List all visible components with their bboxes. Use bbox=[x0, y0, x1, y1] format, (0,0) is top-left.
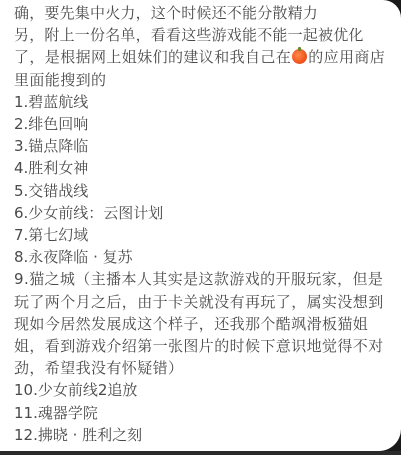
list-item: 7.第七幻域 bbox=[14, 224, 391, 246]
list-item: 5.交错战线 bbox=[14, 180, 391, 202]
intro-line-2: 另，附上一份名单，看看这些游戏能不能一起被优化 bbox=[14, 24, 391, 46]
intro-text-before-icon: 了，是根据网上姐妹们的建议和我自己在 bbox=[14, 48, 291, 66]
list-item: 9.猫之城（主播本人其实是这款游戏的开服玩家，但是玩了两个月之后，由于卡关就没有… bbox=[14, 268, 390, 379]
list-item: 8.永夜降临 · 复苏 bbox=[14, 246, 391, 268]
intro-paragraph: 了，是根据网上姐妹们的建议和我自己在的应用商店里面能搜到的 bbox=[14, 46, 390, 90]
post-card: 确，要先集中火力，这个时候还不能分散精力 另，附上一份名单，看看这些游戏能不能一… bbox=[0, 0, 401, 451]
list-item: 11.魂器学院 bbox=[14, 402, 391, 424]
game-list: 1.碧蓝航线 2.绯色回响 3.锚点降临 4.胜利女神 5.交错战线 6.少女前… bbox=[14, 91, 391, 446]
list-item: 10.少女前线2追放 bbox=[14, 379, 391, 401]
list-item: 2.绯色回响 bbox=[14, 113, 391, 135]
bottom-border bbox=[0, 451, 401, 455]
list-item: 12.拂晓 · 胜利之刻 bbox=[14, 424, 391, 446]
list-item: 3.锚点降临 bbox=[14, 135, 391, 157]
list-item: 4.胜利女神 bbox=[14, 157, 391, 179]
list-item: 1.碧蓝航线 bbox=[14, 91, 391, 113]
list-item: 6.少女前线：云图计划 bbox=[14, 202, 391, 224]
intro-line-1: 确，要先集中火力，这个时候还不能分散精力 bbox=[14, 2, 391, 24]
apple-logo-icon bbox=[292, 49, 307, 64]
